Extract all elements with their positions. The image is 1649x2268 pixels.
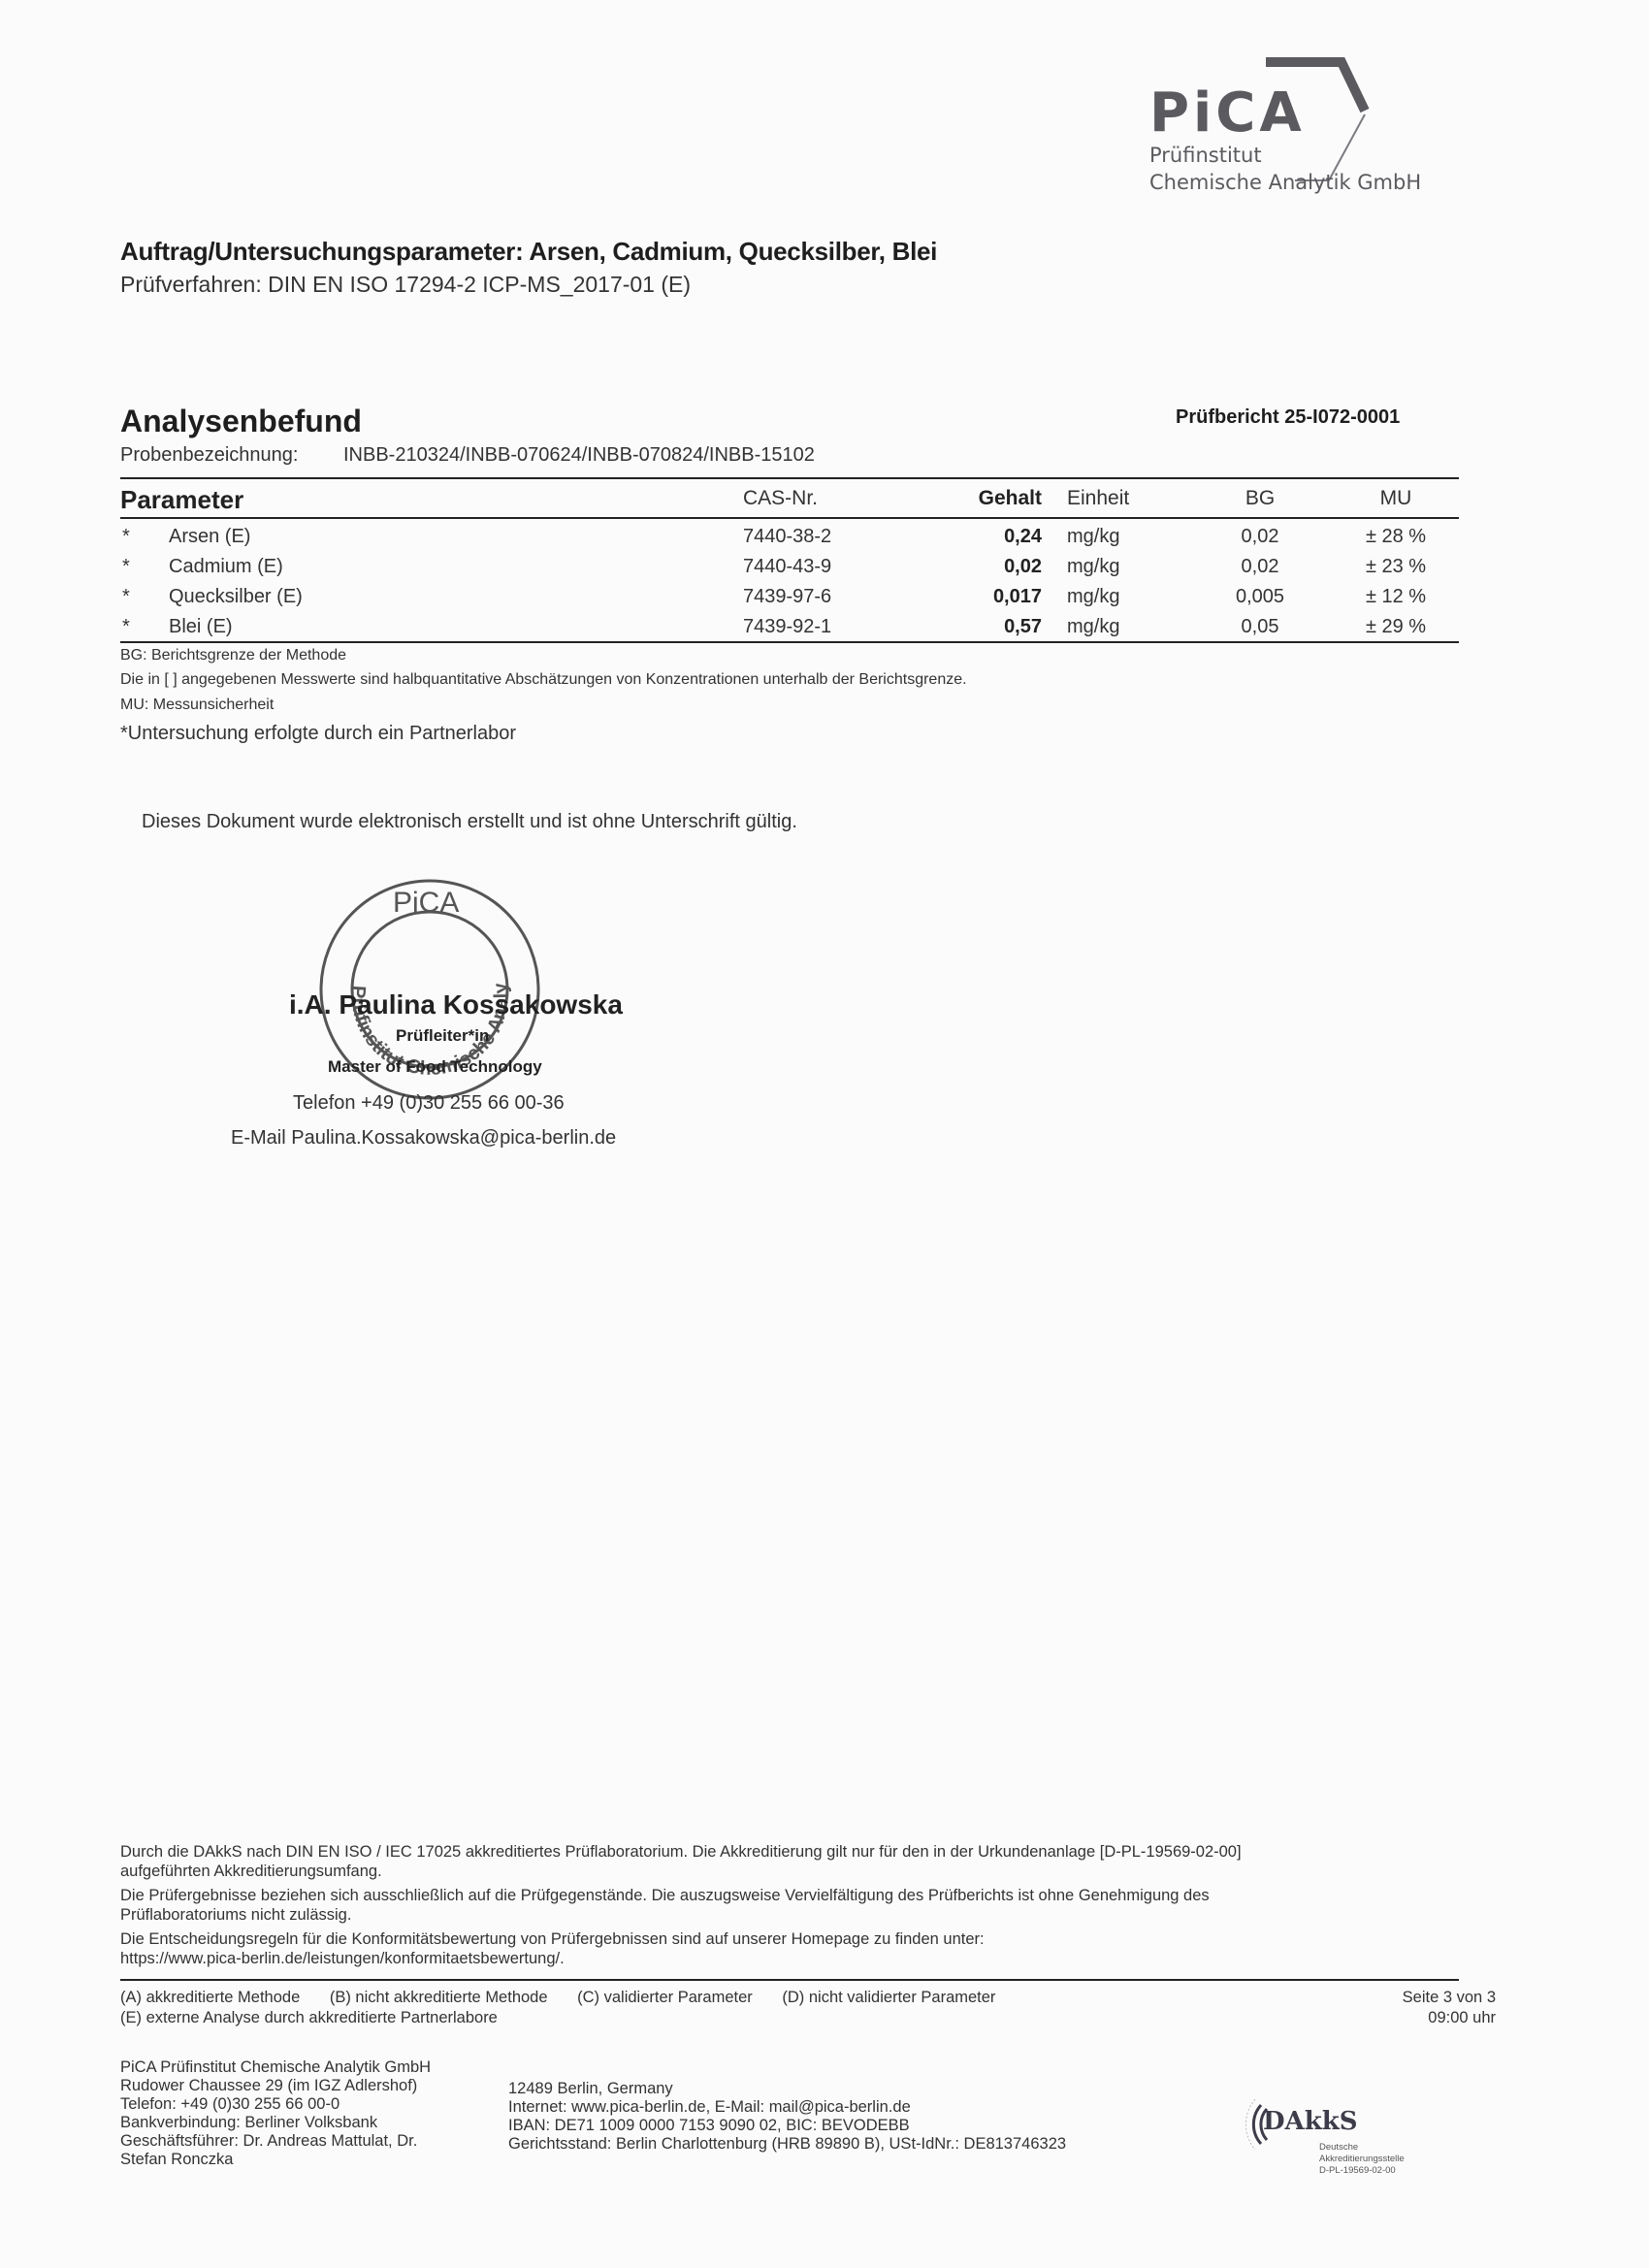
footer-mid-line: 12489 Berlin, Germany — [508, 2080, 1066, 2098]
reporting-limit: 0,02 — [1207, 556, 1313, 578]
note-bg: BG: Berichtsgrenze der Methode — [120, 647, 346, 664]
dakks-line-3: D-PL-19569-02-00 — [1319, 2165, 1396, 2176]
unit: mg/kg — [1067, 526, 1119, 548]
table-top-rule — [120, 477, 1459, 479]
header-bg: BG — [1207, 487, 1313, 510]
table-row: * Cadmium (E) 7440-43-9 0,02 mg/kg 0,02 … — [120, 556, 1459, 586]
header-cas: CAS-Nr. — [743, 487, 818, 510]
content-value: 0,24 — [925, 526, 1042, 548]
external-marker: * — [122, 526, 130, 548]
footer-mid-line: Gerichtsstand: Berlin Charlottenburg (HR… — [508, 2135, 1066, 2154]
footer-contact: 12489 Berlin, Germany Internet: www.pica… — [508, 2080, 1066, 2154]
header-parameter: Parameter — [120, 485, 243, 515]
note-mu: MU: Messunsicherheit — [120, 697, 274, 714]
content-value: 0,017 — [925, 586, 1042, 608]
signatory-phone: Telefon +49 (0)30 255 66 00-36 — [293, 1092, 565, 1115]
order-parameters: Auftrag/Untersuchungsparameter: Arsen, C… — [120, 237, 937, 267]
parameter-name: Arsen (E) — [169, 526, 250, 548]
parameter-name: Quecksilber (E) — [169, 586, 303, 608]
legend-d: (D) nicht validierter Parameter — [782, 1989, 995, 2006]
legend-b: (B) nicht akkreditierte Methode — [330, 1989, 548, 2006]
content-value: 0,57 — [925, 616, 1042, 638]
dakks-logo: DAkkS Deutsche Akkreditierungsstelle D-P… — [1232, 2086, 1455, 2183]
sample-label: Probenbezeichnung: — [120, 444, 298, 467]
parameter-name: Blei (E) — [169, 616, 233, 638]
external-marker: * — [122, 556, 130, 578]
pica-logo: PiCA Prüfinstitut Chemische Analytik Gmb… — [1149, 45, 1460, 200]
header-einheit: Einheit — [1067, 487, 1129, 510]
reporting-limit: 0,005 — [1207, 586, 1313, 608]
table-row: * Quecksilber (E) 7439-97-6 0,017 mg/kg … — [120, 586, 1459, 616]
logo-subtitle-2: Chemische Analytik GmbH — [1149, 171, 1421, 194]
signatory-degree: Master of Food Technology — [328, 1057, 542, 1077]
signatory-name: i.A. Paulina Kossakowska — [289, 989, 623, 1021]
signatory-email[interactable]: E-Mail Paulina.Kossakowska@pica-berlin.d… — [231, 1127, 616, 1150]
footer-mid-line: Internet: www.pica-berlin.de, E-Mail: ma… — [508, 2098, 1066, 2117]
cas-number: 7440-38-2 — [743, 526, 831, 548]
sample-value: INBB-210324/INBB-070624/INBB-070824/INBB… — [343, 444, 815, 467]
external-marker: * — [122, 586, 130, 608]
footer-left-line: Bankverbindung: Berliner Volksbank — [120, 2114, 431, 2132]
note-brackets: Die in [ ] angegebenen Messwerte sind ha… — [120, 671, 967, 689]
reporting-limit: 0,05 — [1207, 616, 1313, 638]
footer-left-line: Rudower Chaussee 29 (im IGZ Adlershof) — [120, 2077, 431, 2095]
footer-rule — [120, 1979, 1459, 1981]
legal-line-2: aufgeführten Akkreditierungsumfang. — [120, 1863, 382, 1881]
method-legend: (A) akkreditierte Methode (B) nicht akkr… — [120, 1989, 1020, 2007]
header-mu: MU — [1342, 487, 1449, 510]
reporting-limit: 0,02 — [1207, 526, 1313, 548]
measurement-uncertainty: ± 29 % — [1342, 616, 1449, 638]
legal-line-3: Die Prüfergebnisse beziehen sich ausschl… — [120, 1887, 1210, 1905]
note-partner-lab: *Untersuchung erfolgte durch ein Partner… — [120, 723, 516, 745]
header-rule — [120, 517, 1459, 519]
document-page: PiCA Prüfinstitut Chemische Analytik Gmb… — [0, 0, 1649, 2268]
svg-text:PiCA: PiCA — [393, 887, 459, 919]
legal-line-5: Die Entscheidungsregeln für die Konformi… — [120, 1930, 985, 1949]
table-bottom-rule — [120, 641, 1459, 643]
legend-a: (A) akkreditierte Methode — [120, 1989, 300, 2006]
footer-left-line: Geschäftsführer: Dr. Andreas Mattulat, D… — [120, 2132, 431, 2151]
legend-e: (E) externe Analyse durch akkreditierte … — [120, 2009, 498, 2027]
footer-left-line: Telefon: +49 (0)30 255 66 00-0 — [120, 2095, 431, 2114]
legal-line-4: Prüflaboratoriums nicht zulässig. — [120, 1906, 351, 1925]
cas-number: 7440-43-9 — [743, 556, 831, 578]
unit: mg/kg — [1067, 616, 1119, 638]
measurement-uncertainty: ± 28 % — [1342, 526, 1449, 548]
legend-c: (C) validierter Parameter — [577, 1989, 753, 2006]
dakks-line-2: Akkreditierungsstelle — [1319, 2154, 1405, 2164]
content-value: 0,02 — [925, 556, 1042, 578]
page-number: Seite 3 von 3 — [1403, 1989, 1496, 2007]
table-row: * Arsen (E) 7440-38-2 0,24 mg/kg 0,02 ± … — [120, 526, 1459, 556]
cas-number: 7439-97-6 — [743, 586, 831, 608]
footer-left-line: Stefan Ronczka — [120, 2151, 431, 2169]
dakks-wordmark: DAkkS — [1263, 2107, 1358, 2136]
test-method: Prüfverfahren: DIN EN ISO 17294-2 ICP-MS… — [120, 272, 691, 298]
dakks-line-1: Deutsche — [1319, 2142, 1358, 2153]
section-title: Analysenbefund — [120, 404, 362, 439]
footer-mid-line: IBAN: DE71 1009 0000 7153 9090 02, BIC: … — [508, 2117, 1066, 2135]
cas-number: 7439-92-1 — [743, 616, 831, 638]
parameter-name: Cadmium (E) — [169, 556, 283, 578]
print-time: 09:00 uhr — [1428, 2009, 1496, 2027]
unit: mg/kg — [1067, 556, 1119, 578]
header-gehalt: Gehalt — [925, 487, 1042, 510]
external-marker: * — [122, 616, 130, 638]
measurement-uncertainty: ± 12 % — [1342, 586, 1449, 608]
footer-company: PiCA Prüfinstitut Chemische Analytik Gmb… — [120, 2058, 431, 2169]
logo-wordmark: PiCA — [1149, 81, 1306, 145]
signatory-role: Prüfleiter*in — [396, 1026, 489, 1046]
report-number: Prüfbericht 25-I072-0001 — [1176, 406, 1400, 429]
electronic-notice: Dieses Dokument wurde elektronisch erste… — [142, 811, 797, 833]
logo-subtitle-1: Prüfinstitut — [1149, 144, 1262, 167]
measurement-uncertainty: ± 23 % — [1342, 556, 1449, 578]
unit: mg/kg — [1067, 586, 1119, 608]
footer-left-line: PiCA Prüfinstitut Chemische Analytik Gmb… — [120, 2058, 431, 2077]
legal-line-1: Durch die DAkkS nach DIN EN ISO / IEC 17… — [120, 1843, 1242, 1862]
conformity-link[interactable]: https://www.pica-berlin.de/leistungen/ko… — [120, 1950, 565, 1968]
